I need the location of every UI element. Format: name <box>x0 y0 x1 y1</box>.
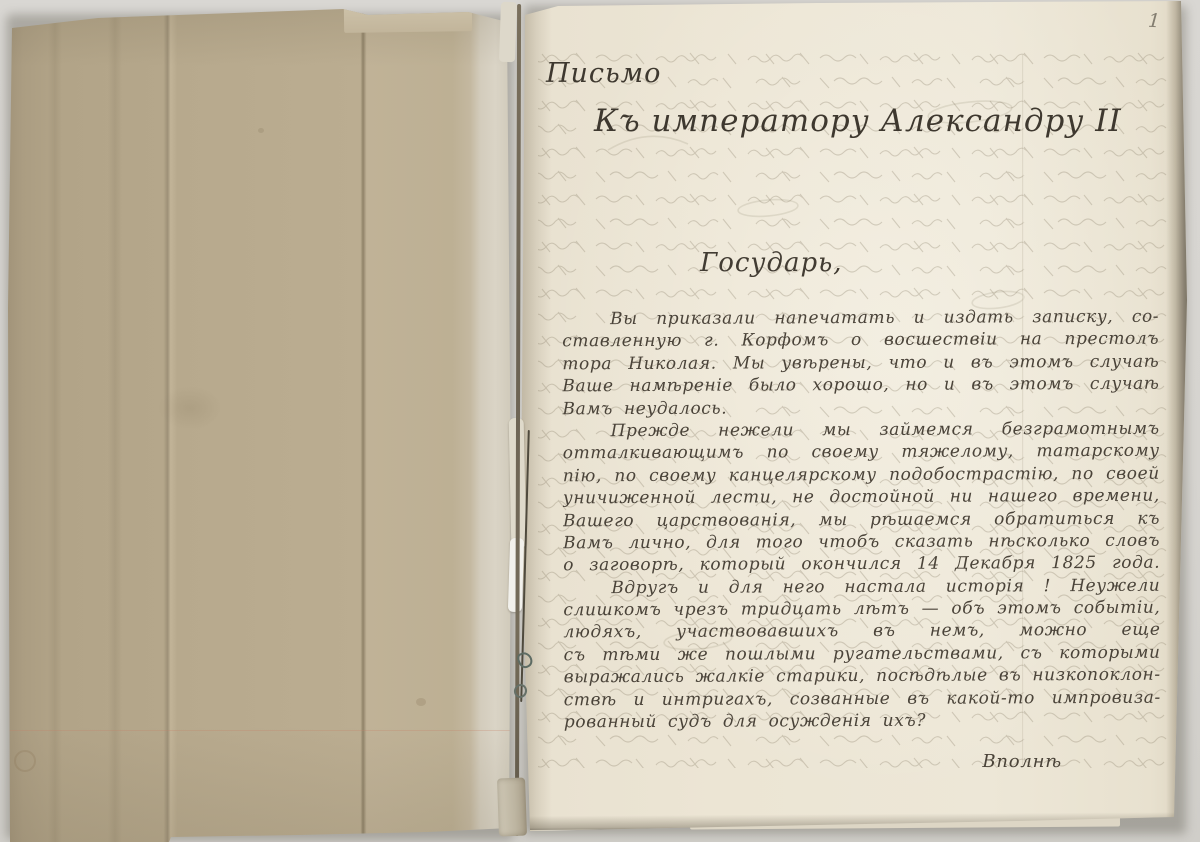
binding-seam <box>498 0 554 842</box>
body-line: Вдругъ и для него настала исторія ! Неуж… <box>563 574 1160 599</box>
ring-stain <box>14 750 36 772</box>
stain <box>258 128 264 133</box>
page-number: 1 <box>1147 10 1161 33</box>
body-line: ствѣ и интригахъ, созванные въ какой-то … <box>564 686 1161 711</box>
body-line: Прежде нежели мы займемся безграмотнымъ … <box>563 418 1160 443</box>
body-line: ставленную г. Корфомъ о восшествіи на пр… <box>562 328 1159 353</box>
body-line: Вамъ неудалось. <box>562 395 1159 420</box>
stain <box>416 698 426 706</box>
body-line: слишкомъ чрезъ тридцать лѣтъ — объ этомъ… <box>563 597 1160 622</box>
body-line: тора Николая. Мы увѣрены, что и въ этомъ… <box>562 350 1159 375</box>
letter-body: Вы приказали напечатать и издать записку… <box>562 306 1161 734</box>
body-line: о заговорѣ, который окончился 14 Декабря… <box>563 552 1160 577</box>
letter-addressee: Къ императору Александру II <box>594 103 1122 139</box>
folder-cover <box>8 8 513 842</box>
cover-faint-line <box>8 730 513 731</box>
letter-title: Письмо <box>546 58 661 89</box>
catchword: Вполнѣ <box>818 751 1062 772</box>
salutation: Государь, <box>700 248 843 278</box>
torn-paper-top <box>499 2 517 63</box>
body-line: Ваше намѣреніе было хорошо, но и въ этом… <box>562 373 1159 398</box>
cover-crease-soft <box>48 8 62 842</box>
stain <box>158 386 222 430</box>
body-line: Вашего царствованія, мы рѣшаемся обратит… <box>563 507 1160 532</box>
scanned-document: 1 Письмо Къ императору Александру II Гос… <box>0 0 1200 842</box>
body-line: выражались жалкіе старики, посѣдѣлые въ … <box>564 664 1161 689</box>
body-line: рованный судъ для осужденія ихъ? <box>564 709 1161 734</box>
cover-crease-soft <box>108 8 122 842</box>
cover-top-flap <box>344 5 472 33</box>
body-line: уничиженной лести, не достойной ни нашег… <box>563 485 1160 510</box>
manuscript-page: 1 Письмо Къ императору Александру II Гос… <box>518 0 1190 842</box>
body-line: людяхъ, участвовавшихъ въ немъ, можно ещ… <box>563 619 1160 644</box>
crumpled-edge <box>497 778 527 837</box>
body-line: отталкивающимъ по своему тяжелому, татар… <box>563 440 1160 465</box>
body-line: пію, по своему канцелярскому подобострас… <box>563 462 1160 487</box>
body-line: Вы приказали напечатать и издать записку… <box>562 306 1159 331</box>
body-line: съ тѣми же пошлыми ругательствами, съ ко… <box>564 642 1161 667</box>
body-line: Вамъ лично, для того чтобъ сказать нѣско… <box>563 530 1160 555</box>
